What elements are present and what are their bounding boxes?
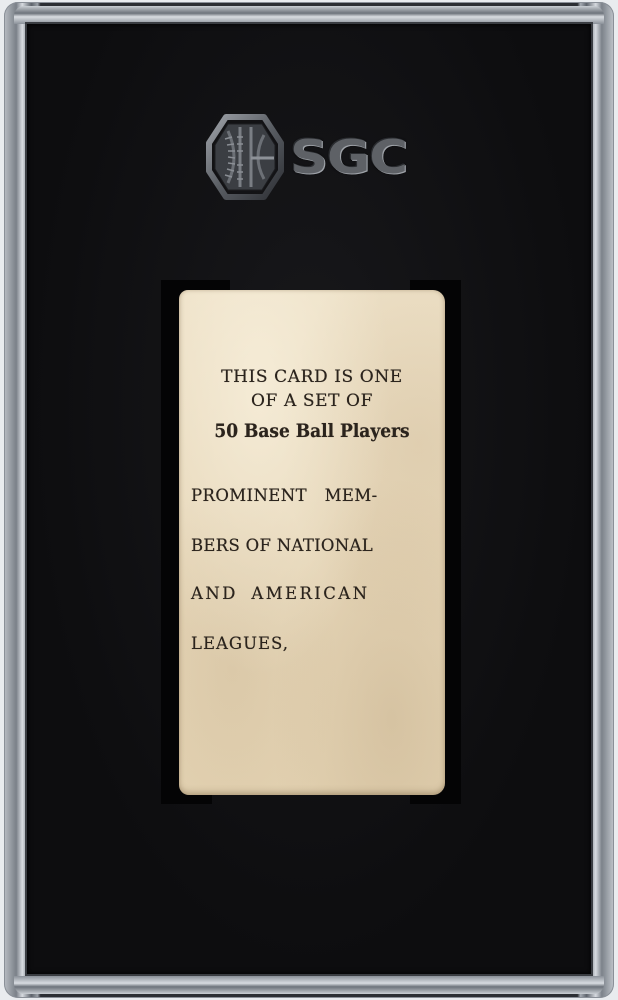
sgc-logo: SGC — [206, 113, 416, 201]
card-text-line-bold: 50 Base Ball Players — [190, 421, 435, 442]
card-text-line: BERS OF NATIONAL — [191, 536, 373, 555]
card-text-line: AND AMERICAN — [191, 584, 369, 603]
card-text-line: THIS CARD IS ONE — [179, 367, 445, 387]
card-text-line: PROMINENT MEM- — [191, 486, 378, 505]
brand-wordmark: SGC — [290, 130, 407, 184]
baseball-hexagon-icon — [206, 113, 284, 201]
slab-top-edge — [14, 6, 604, 24]
card-text-line: LEAGUES, — [191, 634, 289, 653]
slab-bottom-edge — [14, 976, 604, 994]
trading-card-back: THIS CARD IS ONE OF A SET OF 50 Base Bal… — [179, 290, 445, 795]
card-text-line: OF A SET OF — [179, 391, 445, 411]
